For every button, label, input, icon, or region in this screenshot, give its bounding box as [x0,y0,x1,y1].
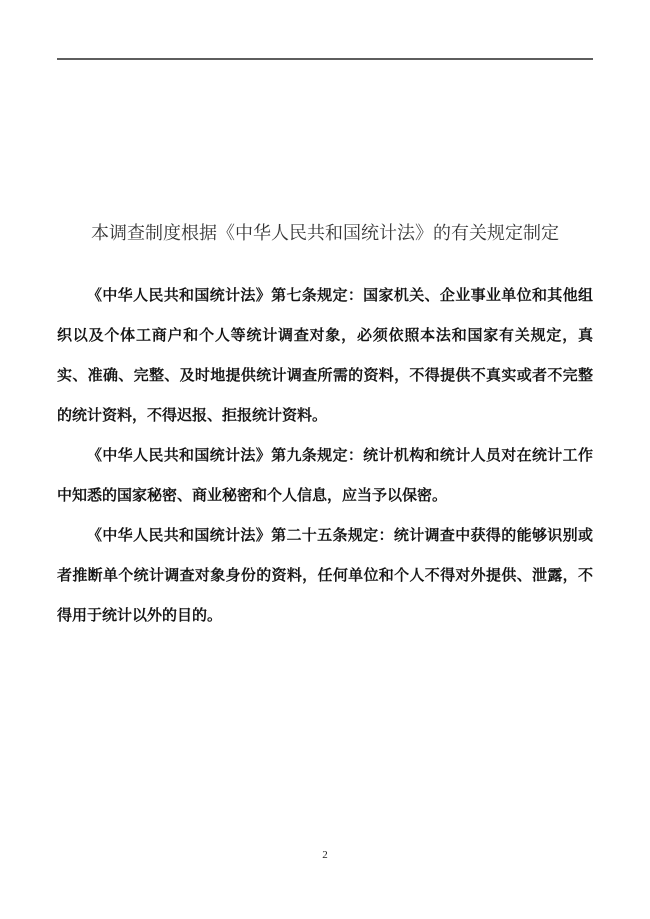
document-page: 本调查制度根据《中华人民共和国统计法》的有关规定制定 《中华人民共和国统计法》第… [0,0,650,919]
header-rule [57,58,593,60]
document-body: 《中华人民共和国统计法》第七条规定：国家机关、企业事业单位和其他组织以及个体工商… [57,276,593,636]
page-number: 2 [0,849,650,861]
document-title: 本调查制度根据《中华人民共和国统计法》的有关规定制定 [0,219,650,245]
paragraph-article-25: 《中华人民共和国统计法》第二十五条规定：统计调查中获得的能够识别或者推断单个统计… [57,516,593,636]
paragraph-article-9: 《中华人民共和国统计法》第九条规定：统计机构和统计人员对在统计工作中知悉的国家秘… [57,436,593,516]
paragraph-article-7: 《中华人民共和国统计法》第七条规定：国家机关、企业事业单位和其他组织以及个体工商… [57,276,593,436]
